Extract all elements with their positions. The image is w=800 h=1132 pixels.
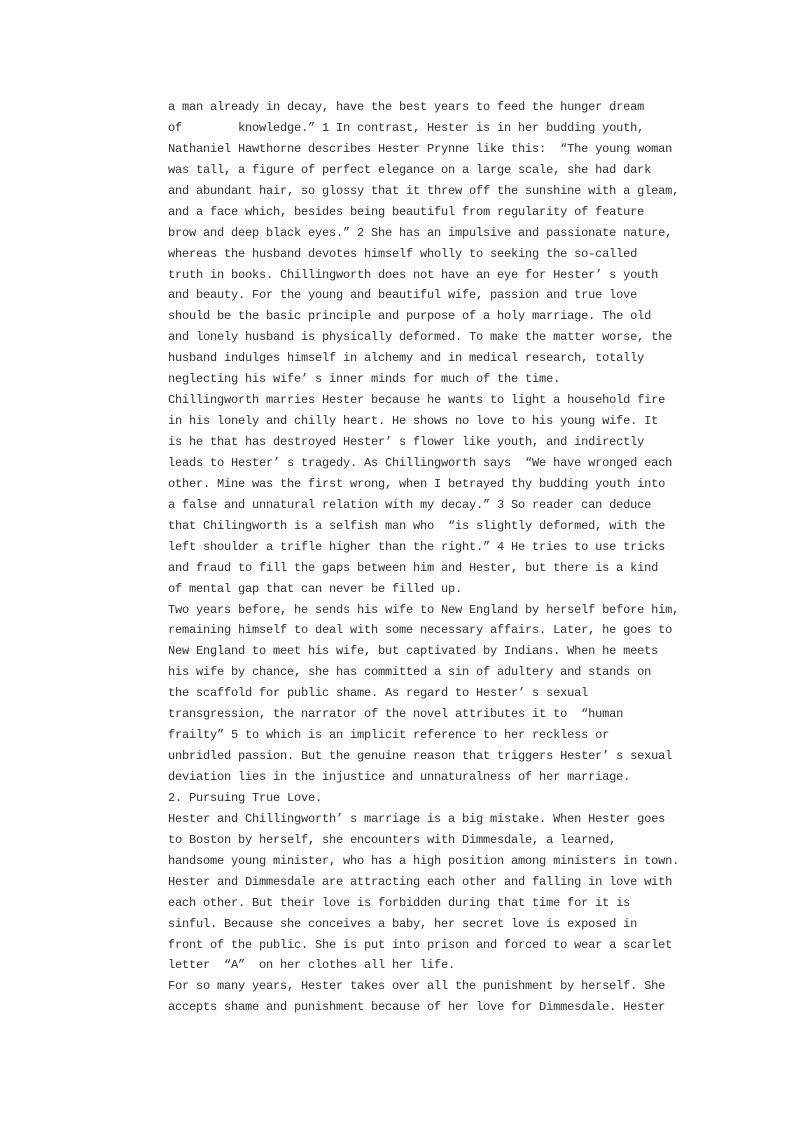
text-line: neglecting his wife’ s inner minds for m…: [168, 369, 728, 390]
text-line: sinful. Because she conceives a baby, he…: [168, 914, 728, 935]
text-line: letter “A” on her clothes all her life.: [168, 955, 728, 976]
text-line: each other. But their love is forbidden …: [168, 893, 728, 914]
text-line: 2. Pursuing True Love.: [168, 788, 728, 809]
text-line: transgression, the narrator of the novel…: [168, 704, 728, 725]
text-line: in his lonely and chilly heart. He shows…: [168, 411, 728, 432]
text-line: Chillingworth marries Hester because he …: [168, 390, 728, 411]
text-line: accepts shame and punishment because of …: [168, 997, 728, 1018]
text-line: Hester and Chillingworth’ s marriage is …: [168, 809, 728, 830]
text-line: remaining himself to deal with some nece…: [168, 620, 728, 641]
text-line: that Chilingworth is a selfish man who “…: [168, 516, 728, 537]
text-line: of mental gap that can never be filled u…: [168, 579, 728, 600]
text-line: a false and unnatural relation with my d…: [168, 495, 728, 516]
text-line: other. Mine was the first wrong, when I …: [168, 474, 728, 495]
text-line: Two years before, he sends his wife to N…: [168, 600, 728, 621]
text-line: and lonely husband is physically deforme…: [168, 327, 728, 348]
document-text-block: a man already in decay, have the best ye…: [168, 97, 728, 1018]
document-page: a man already in decay, have the best ye…: [0, 0, 800, 1132]
text-line: handsome young minister, who has a high …: [168, 851, 728, 872]
text-line: deviation lies in the injustice and unna…: [168, 767, 728, 788]
text-line: New England to meet his wife, but captiv…: [168, 641, 728, 662]
text-line: truth in books. Chillingworth does not h…: [168, 265, 728, 286]
text-line: front of the public. She is put into pri…: [168, 935, 728, 956]
text-line: leads to Hester’ s tragedy. As Chillingw…: [168, 453, 728, 474]
text-line: left shoulder a trifle higher than the r…: [168, 537, 728, 558]
text-line: frailty” 5 to which is an implicit refer…: [168, 725, 728, 746]
text-line: his wife by chance, she has committed a …: [168, 662, 728, 683]
text-line: to Boston by herself, she encounters wit…: [168, 830, 728, 851]
text-line: and fraud to fill the gaps between him a…: [168, 558, 728, 579]
text-line: Nathaniel Hawthorne describes Hester Pry…: [168, 139, 728, 160]
text-line: the scaffold for public shame. As regard…: [168, 683, 728, 704]
text-line: Hester and Dimmesdale are attracting eac…: [168, 872, 728, 893]
text-line: is he that has destroyed Hester’ s flowe…: [168, 432, 728, 453]
text-line: For so many years, Hester takes over all…: [168, 976, 728, 997]
text-line: and abundant hair, so glossy that it thr…: [168, 181, 728, 202]
text-line: whereas the husband devotes himself whol…: [168, 244, 728, 265]
text-line: of knowledge.” 1 In contrast, Hester is …: [168, 118, 728, 139]
text-line: should be the basic principle and purpos…: [168, 306, 728, 327]
text-line: husband indulges himself in alchemy and …: [168, 348, 728, 369]
text-line: brow and deep black eyes.” 2 She has an …: [168, 223, 728, 244]
text-line: and a face which, besides being beautifu…: [168, 202, 728, 223]
text-line: unbridled passion. But the genuine reaso…: [168, 746, 728, 767]
text-line: and beauty. For the young and beautiful …: [168, 285, 728, 306]
text-line: was tall, a figure of perfect elegance o…: [168, 160, 728, 181]
text-line: a man already in decay, have the best ye…: [168, 97, 728, 118]
